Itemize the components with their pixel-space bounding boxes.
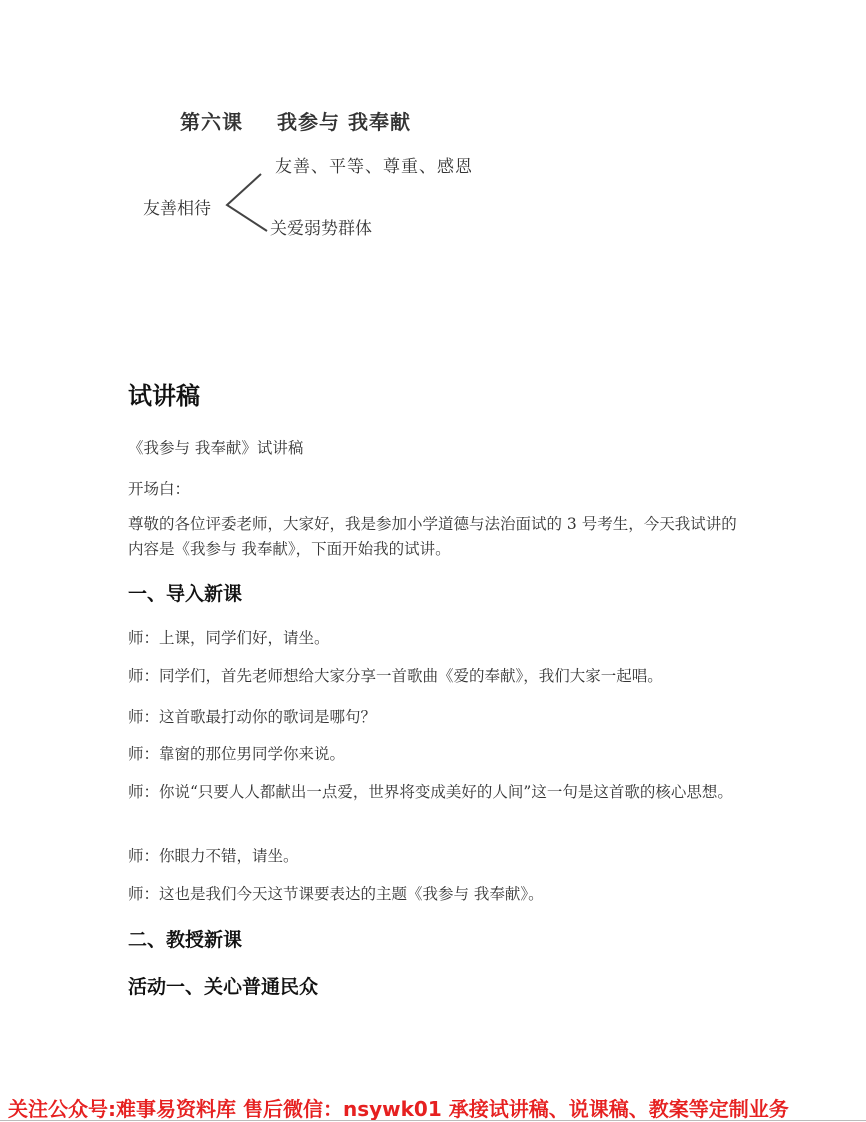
activity-1-heading: 活动一、关心普通民众 [128,972,318,999]
dialogue-line: 师：你说“只要人人都献出一点爱，世界将变成美好的人间”这一句是这首歌的核心思想。 [128,780,740,805]
section-2-heading: 二、教授新课 [128,925,242,952]
dialogue-line: 师：你眼力不错，请坐。 [128,844,299,866]
section-1-heading: 一、导入新课 [128,579,242,606]
script-subtitle: 《我参与 我奉献》试讲稿 [128,436,303,458]
dialogue-line: 师：同学们，首先老师想给大家分享一首歌曲《爱的奉献》，我们大家一起唱。 [128,664,663,686]
opening-paragraph: 尊敬的各位评委老师，大家好，我是参加小学道德与法治面试的 3 号考生，今天我试讲… [128,512,748,562]
promo-footer: 关注公众号:难事易资料库 售后微信：nsywk01 承接试讲稿、说课稿、教案等定… [8,1093,789,1122]
diagram-root: 友善相待 [143,194,211,219]
dialogue-line: 师：靠窗的那位男同学你来说。 [128,742,345,764]
dialogue-line: 师：这也是我们今天这节课要表达的主题《我参与 我奉献》。 [128,882,544,904]
opening-label: 开场白： [128,477,190,499]
diagram-branch-1: 友善、平等、尊重、感恩 [275,152,473,177]
bracket-lines [0,0,866,300]
footer-divider [0,1120,866,1121]
script-title: 试讲稿 [128,376,200,411]
dialogue-line: 师：这首歌最打动你的歌词是哪句？ [128,705,376,727]
dialogue-line: 师：上课，同学们好，请坐。 [128,626,330,648]
diagram-branch-2: 关爱弱势群体 [270,214,372,239]
